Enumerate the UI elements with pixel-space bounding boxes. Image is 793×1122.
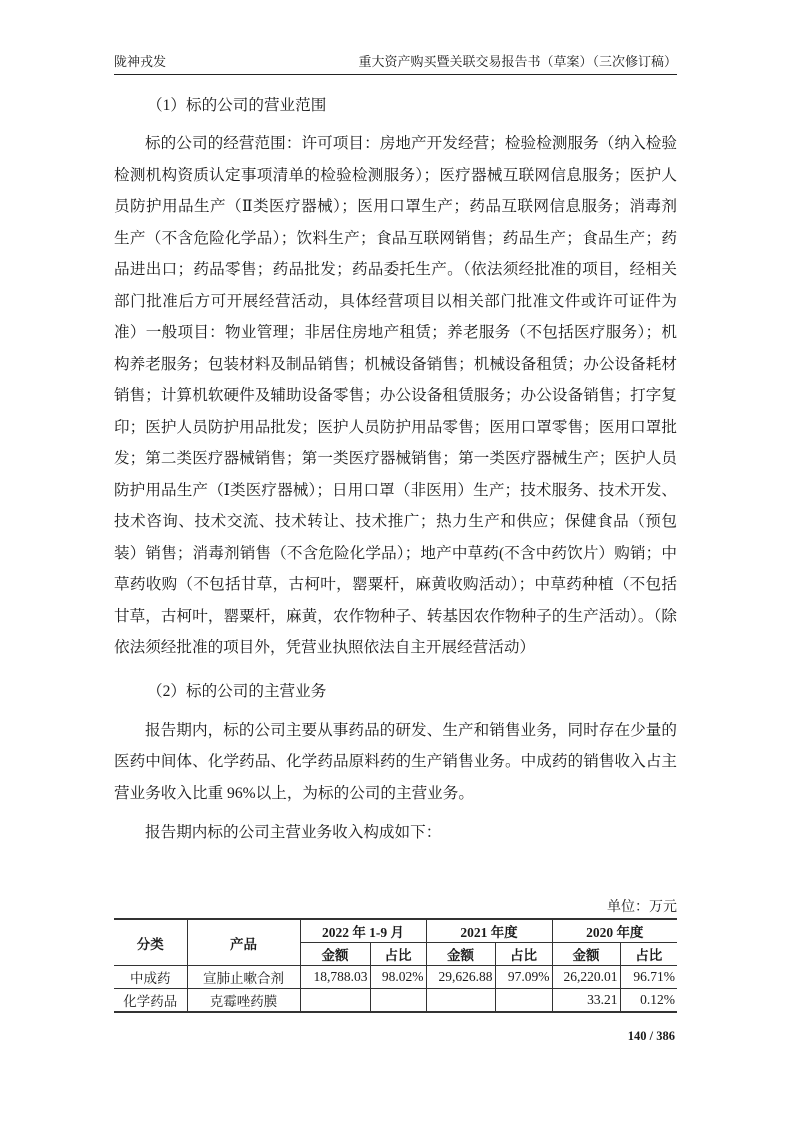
col-category: 分类 — [114, 919, 187, 966]
cell-product: 宣肺止嗽合剂 — [187, 966, 300, 989]
cell-amount — [426, 989, 495, 1013]
col-amount: 金额 — [300, 943, 370, 966]
col-ratio: 占比 — [370, 943, 426, 966]
cell-ratio: 96.71% — [620, 966, 677, 989]
table-header-row: 分类 产品 2022 年 1-9 月 2021 年度 2020 年度 — [114, 919, 677, 943]
section-2-heading: （2）标的公司的主营业务 — [114, 682, 677, 702]
table-row: 中成药 宣肺止嗽合剂 18,788.03 98.02% 29,626.88 97… — [114, 966, 677, 989]
cell-category: 化学药品 — [114, 989, 187, 1013]
cell-amount: 33.21 — [552, 989, 620, 1013]
col-period-2020: 2020 年度 — [552, 919, 677, 943]
table-intro: 报告期内标的公司主营业务收入构成如下： — [114, 817, 677, 849]
cell-amount: 29,626.88 — [426, 966, 495, 989]
section-1-body: 标的公司的经营范围：许可项目：房地产开发经营；检验检测服务（纳入检验检测机构资质… — [114, 128, 677, 664]
cell-ratio — [370, 989, 426, 1013]
col-product: 产品 — [187, 919, 300, 966]
cell-category: 中成药 — [114, 966, 187, 989]
header-doc-title: 重大资产购买暨关联交易报告书（草案）（三次修订稿） — [358, 51, 677, 70]
revenue-table: 分类 产品 2022 年 1-9 月 2021 年度 2020 年度 金额 占比… — [114, 918, 677, 1013]
col-amount: 金额 — [552, 943, 620, 966]
table-unit: 单位：万元 — [607, 896, 677, 916]
section-1-heading: （1）标的公司的营业范围 — [114, 96, 677, 116]
cell-product: 克霉唑药膜 — [187, 989, 300, 1013]
col-period-2022: 2022 年 1-9 月 — [300, 919, 426, 943]
cell-ratio: 98.02% — [370, 966, 426, 989]
header-company: 陇神戎发 — [114, 51, 166, 70]
cell-ratio: 97.09% — [495, 966, 552, 989]
col-ratio: 占比 — [495, 943, 552, 966]
cell-ratio — [495, 989, 552, 1013]
cell-ratio: 0.12% — [620, 989, 677, 1013]
table-row: 化学药品 克霉唑药膜 33.21 0.12% — [114, 989, 677, 1013]
cell-amount: 18,788.03 — [300, 966, 370, 989]
page-header: 陇神戎发 重大资产购买暨关联交易报告书（草案）（三次修订稿） — [114, 52, 677, 75]
page-content: （1）标的公司的营业范围 标的公司的经营范围：许可项目：房地产开发经营；检验检测… — [114, 94, 677, 849]
col-ratio: 占比 — [620, 943, 677, 966]
cell-amount: 26,220.01 — [552, 966, 620, 989]
col-amount: 金额 — [426, 943, 495, 966]
page-number: 140 / 386 — [628, 1029, 675, 1044]
col-period-2021: 2021 年度 — [426, 919, 552, 943]
section-2-body: 报告期内，标的公司主要从事药品的研发、生产和销售业务，同时存在少量的医药中间体、… — [114, 715, 677, 810]
cell-amount — [300, 989, 370, 1013]
